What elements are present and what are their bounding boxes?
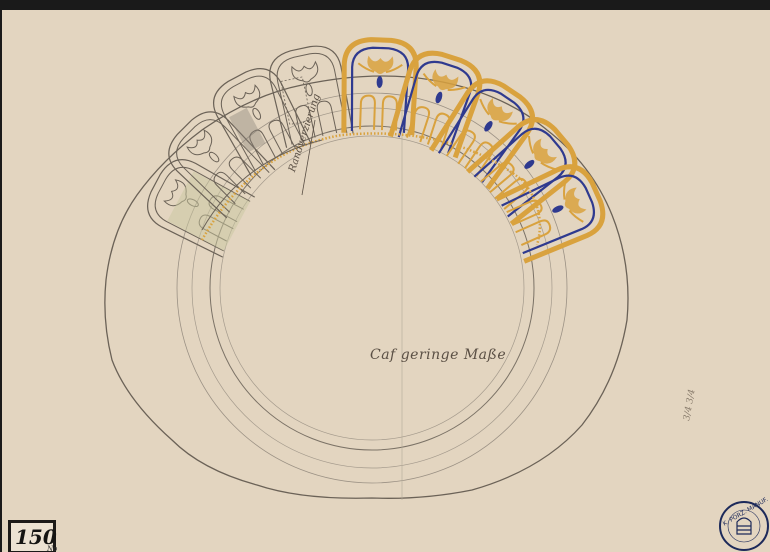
inventory-suffix: No bbox=[47, 545, 57, 552]
inventory-label: 150 No bbox=[8, 520, 56, 552]
manufactory-stamp: K. PORZ. MANUF. bbox=[720, 496, 769, 550]
plate-drawing: K. PORZ. MANUF. bbox=[2, 10, 770, 552]
plate-outer-rim bbox=[105, 76, 628, 498]
drawing-sheet: K. PORZ. MANUF. Randverzierung Caf gerin… bbox=[2, 10, 770, 552]
center-annotation: Caf geringe Maße bbox=[370, 347, 506, 363]
